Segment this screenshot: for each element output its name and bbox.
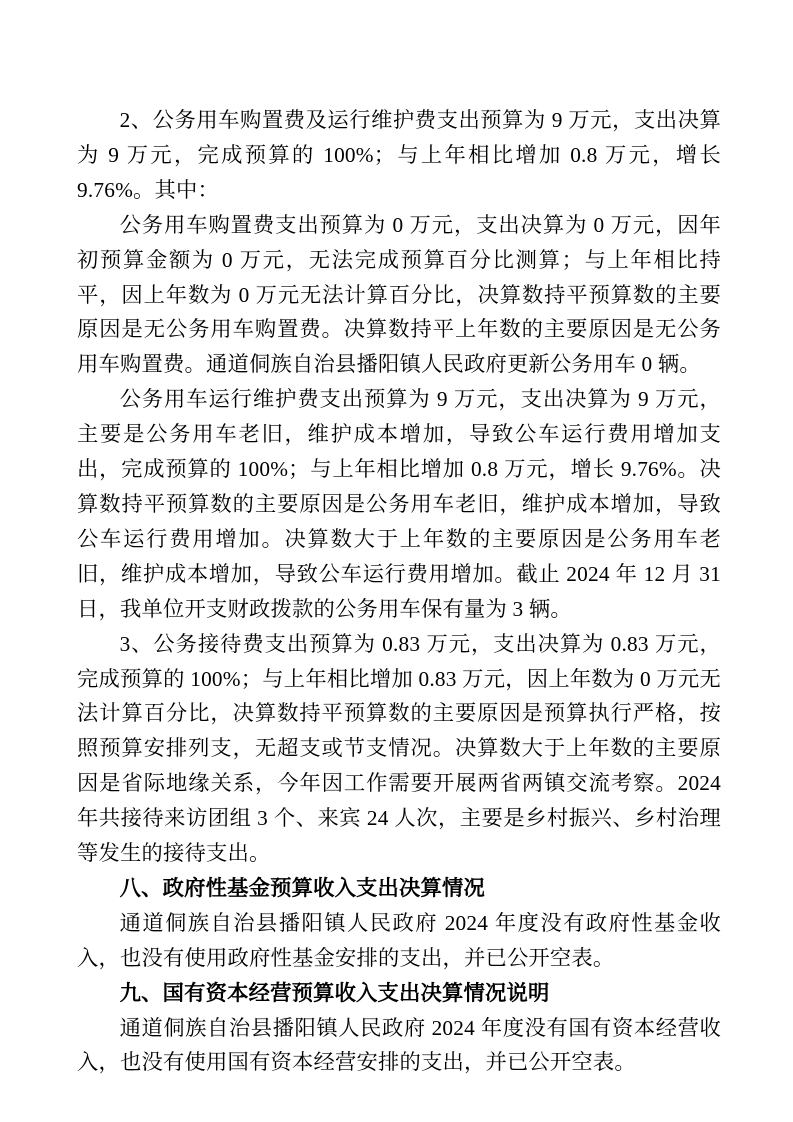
heading-section-9-state-capital: 九、国有资本经营预算收入支出决算情况说明 — [77, 976, 721, 1011]
para-official-vehicle-total: 2、公务用车购置费及运行维护费支出预算为 9 万元，支出决算为 9 万元，完成预… — [77, 103, 721, 208]
para-vehicle-maintenance-fee: 公务用车运行维护费支出预算为 9 万元，支出决算为 9 万元，主要是公务用车老旧… — [77, 382, 721, 626]
para-vehicle-purchase-fee: 公务用车购置费支出预算为 0 万元，支出决算为 0 万元，因年初预算金额为 0 … — [77, 208, 721, 383]
heading-section-8-government-fund: 八、政府性基金预算收入支出决算情况 — [77, 871, 721, 906]
document-body: 2、公务用车购置费及运行维护费支出预算为 9 万元，支出决算为 9 万元，完成预… — [77, 103, 721, 1080]
document-page: 2、公务用车购置费及运行维护费支出预算为 9 万元，支出决算为 9 万元，完成预… — [0, 0, 793, 1122]
para-government-fund: 通道侗族自治县播阳镇人民政府 2024 年度没有政府性基金收入，也没有使用政府性… — [77, 906, 721, 976]
para-state-capital: 通道侗族自治县播阳镇人民政府 2024 年度没有国有资本经营收入，也没有使用国有… — [77, 1011, 721, 1081]
para-official-reception-fee: 3、公务接待费支出预算为 0.83 万元，支出决算为 0.83 万元，完成预算的… — [77, 627, 721, 871]
